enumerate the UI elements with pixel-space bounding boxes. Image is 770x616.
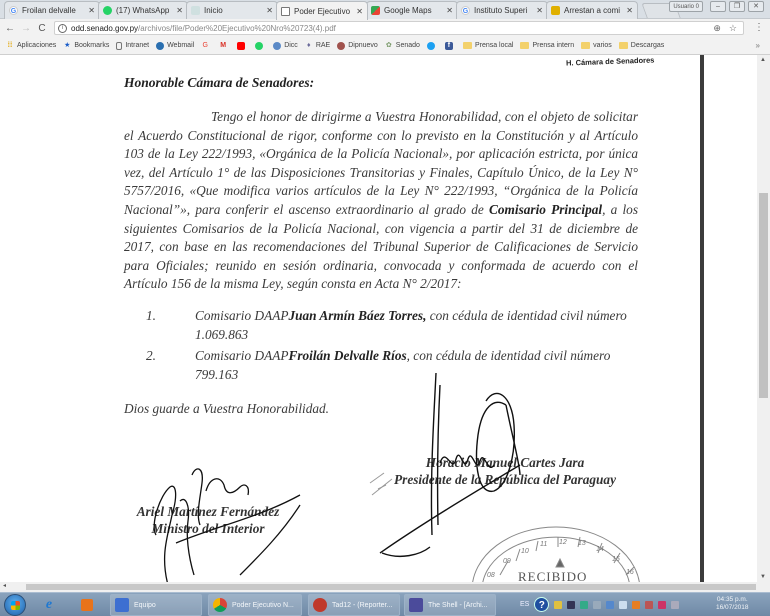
profile-button[interactable]: Usuario 0 [669, 1, 703, 12]
close-window-button[interactable]: ✕ [748, 1, 764, 12]
monitor-icon[interactable] [567, 601, 575, 609]
media-player-icon[interactable] [78, 596, 96, 614]
president-signature-block: Horacio Manuel Cartes Jara Presidente de… [372, 454, 638, 488]
google-icon: G [201, 42, 209, 50]
google-icon: G [9, 6, 18, 15]
bookmark-label: Senado [396, 42, 420, 49]
inicio-icon [191, 6, 200, 15]
tab-google-maps[interactable]: Google Maps ✕ [366, 1, 458, 19]
star-icon: ★ [63, 42, 71, 50]
svg-text:13: 13 [578, 540, 586, 547]
folder-icon [520, 42, 529, 49]
tab-whatsapp[interactable]: (17) WhatsApp ✕ [98, 1, 188, 19]
reload-button[interactable]: C [34, 23, 50, 34]
paragraph-text: Tengo el honor de dirigirme a Vuestra Ho… [124, 109, 638, 217]
body-paragraph: Tengo el honor de dirigirme a Vuestra Ho… [124, 108, 638, 294]
bookmark-gmail[interactable]: M [219, 42, 230, 50]
bookmark-bookmarks[interactable]: ★Bookmarks [63, 42, 109, 50]
page-icon [116, 42, 122, 50]
bookmarks-overflow-button[interactable]: » [756, 41, 760, 50]
tab-arrestan[interactable]: Arrestan a comi ✕ [546, 1, 638, 19]
scroll-up-icon[interactable]: ▲ [760, 57, 766, 63]
tab-poder-ejecutivo[interactable]: Poder Ejecutivo ✕ [276, 1, 368, 20]
maps-icon [371, 6, 380, 15]
list-number: 1. [146, 307, 156, 326]
language-indicator[interactable]: ES [520, 601, 529, 608]
forward-button[interactable]: → [18, 23, 34, 34]
salutation: Honorable Cámara de Senadores: [124, 75, 314, 91]
tab-inicio[interactable]: Inicio ✕ [186, 1, 278, 19]
svg-text:10: 10 [521, 548, 529, 555]
officer-name: Froilán Delvalle Ríos [288, 348, 406, 363]
bookmark-label: Bookmarks [74, 42, 109, 49]
bookmark-rae[interactable]: ♦RAE [305, 42, 330, 50]
gmail-icon: M [219, 42, 227, 50]
tab-froilan-delvalle[interactable]: G Froilan delvalle ✕ [4, 1, 100, 19]
shell-icon [409, 598, 423, 612]
rank-prefix: Comisario DAAP [195, 308, 288, 323]
taskbar-item-tad12[interactable]: Tad12 - (Reporter... [308, 594, 400, 616]
whatsapp-icon [103, 6, 112, 15]
page-border [700, 55, 704, 582]
list-item: 2. Comisario DAAPFroilán Delvalle Ríos, … [124, 347, 638, 384]
bookmark-facebook[interactable]: f [445, 42, 456, 50]
horizontal-scrollbar-thumb[interactable] [26, 584, 756, 590]
tab-strip: G Froilan delvalle ✕ (17) WhatsApp ✕ Ini… [0, 0, 770, 19]
stamp-text: RECIBIDO [518, 569, 587, 582]
start-button[interactable] [4, 594, 26, 616]
minister-title: Ministro del Interior [120, 520, 296, 537]
bluetooth-icon[interactable] [606, 601, 614, 609]
minimize-button[interactable]: – [710, 1, 726, 12]
document-icon [281, 7, 290, 16]
screen: G Froilan delvalle ✕ (17) WhatsApp ✕ Ini… [0, 0, 770, 616]
svg-text:11: 11 [540, 541, 547, 548]
clock-date: 16/07/2018 [716, 604, 749, 612]
network-icon[interactable] [580, 601, 588, 609]
info-icon[interactable]: i [58, 24, 67, 33]
svg-text:14: 14 [596, 546, 604, 553]
folder-icon [581, 42, 590, 49]
officer-list: 1. Comisario DAAPJuan Armín Báez Torres,… [124, 307, 638, 387]
globe-icon [273, 42, 281, 50]
svg-text:12: 12 [559, 539, 567, 546]
google-icon: G [461, 6, 470, 15]
zoom-icon[interactable]: ⊕ [713, 23, 721, 34]
chrome-icon [213, 598, 227, 612]
maximize-button[interactable]: ❐ [729, 1, 745, 12]
tab-label: Google Maps [384, 6, 443, 15]
bookmark-label: varios [593, 42, 612, 49]
url-host: odd.senado.gov.py [71, 24, 138, 33]
taskbar-item-equipo[interactable]: Equipo [110, 594, 202, 616]
apps-grid-icon: ⁞⁞ [6, 42, 14, 50]
youtube-icon [237, 42, 245, 50]
webmail-icon [156, 42, 164, 50]
taskbar: e Equipo Poder Ejecutivo N... Tad12 - (R… [0, 592, 770, 616]
bookmark-label: Prensa intern [532, 42, 574, 49]
shield-icon[interactable] [554, 601, 562, 609]
rank-prefix: Comisario DAAP [195, 348, 288, 363]
facebook-icon: f [445, 42, 453, 50]
taskbar-label: Equipo [134, 602, 156, 609]
taskbar-label: Tad12 - (Reporter... [332, 602, 392, 609]
twitter-icon [427, 42, 435, 50]
computer-icon [115, 598, 129, 612]
taskbar-label: Poder Ejecutivo N... [232, 602, 294, 609]
scroll-down-icon[interactable]: ▼ [760, 574, 766, 580]
bookmark-intranet[interactable]: Intranet [116, 42, 149, 50]
window-controls: Usuario 0 – ❐ ✕ [669, 1, 764, 12]
bookmark-youtube[interactable] [237, 42, 248, 50]
taskbar-item-the-shell[interactable]: The Shell - [Archi... [404, 594, 496, 616]
bookmark-senado[interactable]: ✿Senado [385, 42, 420, 50]
bookmark-label: Dipnuevo [348, 42, 378, 49]
tray-flag-icon[interactable] [658, 601, 666, 609]
tab-label: Arrestan a comi [564, 6, 623, 15]
whatsapp-icon [255, 42, 263, 50]
senado-icon: ✿ [385, 42, 393, 50]
minister-name: Ariel Martínez Fernández [120, 503, 296, 520]
tab-label: Froilan delvalle [22, 6, 85, 15]
bookmark-descargas[interactable]: Descargas [619, 42, 664, 49]
bookmark-label: RAE [316, 42, 330, 49]
browser-toolbar: ← → C i odd.senado.gov.py /archivos/file… [0, 19, 770, 37]
pdf-page: H. Cámara de Senadores Honorable Cámara … [0, 55, 702, 582]
url-path: /archivos/file/Poder%20Ejecutivo%20Nro%2… [138, 24, 336, 33]
tray-orange-icon[interactable] [632, 601, 640, 609]
bookmark-label: Webmail [167, 42, 194, 49]
close-icon[interactable]: ✕ [88, 6, 95, 15]
list-item: 1. Comisario DAAPJuan Armín Báez Torres,… [124, 307, 638, 344]
bookmark-dipnuevo[interactable]: Dipnuevo [337, 42, 378, 50]
clock-time: 04:35 p.m. [716, 596, 749, 604]
bookmark-label: Descargas [631, 42, 664, 49]
close-icon[interactable]: ✕ [356, 7, 363, 16]
address-bar[interactable]: i odd.senado.gov.py /archivos/file/Poder… [54, 21, 744, 35]
rank-bold: Comisario Principal [489, 202, 602, 217]
system-tray: ES ? [520, 597, 679, 612]
taskbar-label: The Shell - [Archi... [428, 602, 488, 609]
tab-instituto-superior[interactable]: G Instituto Superi ✕ [456, 1, 548, 19]
svg-text:09: 09 [503, 558, 511, 565]
help-icon[interactable]: ? [534, 597, 549, 612]
vertical-scrollbar[interactable]: ▲ ▼ [757, 55, 770, 582]
volume-icon[interactable] [619, 601, 627, 609]
bookmark-star-icon[interactable]: ☆ [729, 23, 737, 34]
pdf-viewport: H. Cámara de Senadores Honorable Cámara … [0, 55, 770, 582]
tray-red-icon[interactable] [645, 601, 653, 609]
bookmark-varios[interactable]: varios [581, 42, 612, 49]
closing-line: Dios guarde a Vuestra Honorabilidad. [124, 401, 329, 417]
bookmark-label: Prensa local [475, 42, 514, 49]
tab-label: Inicio [204, 6, 263, 15]
officer-name: Juan Armín Báez Torres, [288, 308, 426, 323]
svg-text:15: 15 [612, 556, 620, 563]
news-icon [551, 6, 560, 15]
taskbar-item-chrome[interactable]: Poder Ejecutivo N... [208, 594, 302, 616]
bookmark-label: Intranet [125, 42, 149, 49]
bookmark-prensa-local[interactable]: Prensa local [463, 42, 514, 49]
president-name: Horacio Manuel Cartes Jara [372, 454, 638, 471]
bookmark-prensa-intern[interactable]: Prensa intern [520, 42, 574, 49]
tray-app-icon[interactable] [593, 601, 601, 609]
folder-icon [463, 42, 472, 49]
back-button[interactable]: ← [2, 23, 18, 34]
app-icon [313, 598, 327, 612]
close-icon[interactable]: ✕ [536, 6, 543, 15]
minister-signature-block: Ariel Martínez Fernández Ministro del In… [120, 503, 296, 537]
tab-label: Poder Ejecutivo [294, 7, 353, 16]
bookmarks-bar: ⁞⁞Aplicaciones ★Bookmarks Intranet Webma… [0, 37, 770, 55]
menu-icon[interactable]: ⋮ [754, 22, 764, 33]
rae-icon: ♦ [305, 42, 313, 50]
close-icon[interactable]: ✕ [266, 6, 273, 15]
header-stamp: H. Cámara de Senadores [566, 55, 655, 67]
bookmark-dicc[interactable]: Dicc [273, 42, 298, 50]
bookmark-twitter[interactable] [427, 42, 438, 50]
close-icon[interactable]: ✕ [626, 6, 633, 15]
svg-text:08: 08 [487, 572, 495, 579]
tray-devices-icon[interactable] [671, 601, 679, 609]
president-title: Presidente de la República del Paraguay [372, 471, 638, 488]
bookmark-label: Dicc [284, 42, 298, 49]
horizontal-scrollbar[interactable]: ◂ [0, 582, 770, 592]
clock[interactable]: 04:35 p.m. 16/07/2018 [716, 596, 749, 612]
bookmark-label: Aplicaciones [17, 42, 56, 49]
internet-explorer-icon[interactable]: e [40, 596, 58, 614]
bookmark-google[interactable]: G [201, 42, 212, 50]
svg-text:16: 16 [626, 569, 634, 576]
list-number: 2. [146, 347, 156, 366]
dipnuevo-icon [337, 42, 345, 50]
tab-label: Instituto Superi [474, 6, 533, 15]
close-icon[interactable]: ✕ [176, 6, 183, 15]
bookmark-webmail[interactable]: Webmail [156, 42, 194, 50]
scrollbar-thumb[interactable] [759, 193, 768, 398]
folder-icon [619, 42, 628, 49]
bookmark-aplicaciones[interactable]: ⁞⁞Aplicaciones [6, 42, 56, 50]
tab-label: (17) WhatsApp [116, 6, 173, 15]
bookmark-whatsapp[interactable] [255, 42, 266, 50]
close-icon[interactable]: ✕ [446, 6, 453, 15]
scroll-left-icon[interactable]: ◂ [3, 582, 6, 589]
